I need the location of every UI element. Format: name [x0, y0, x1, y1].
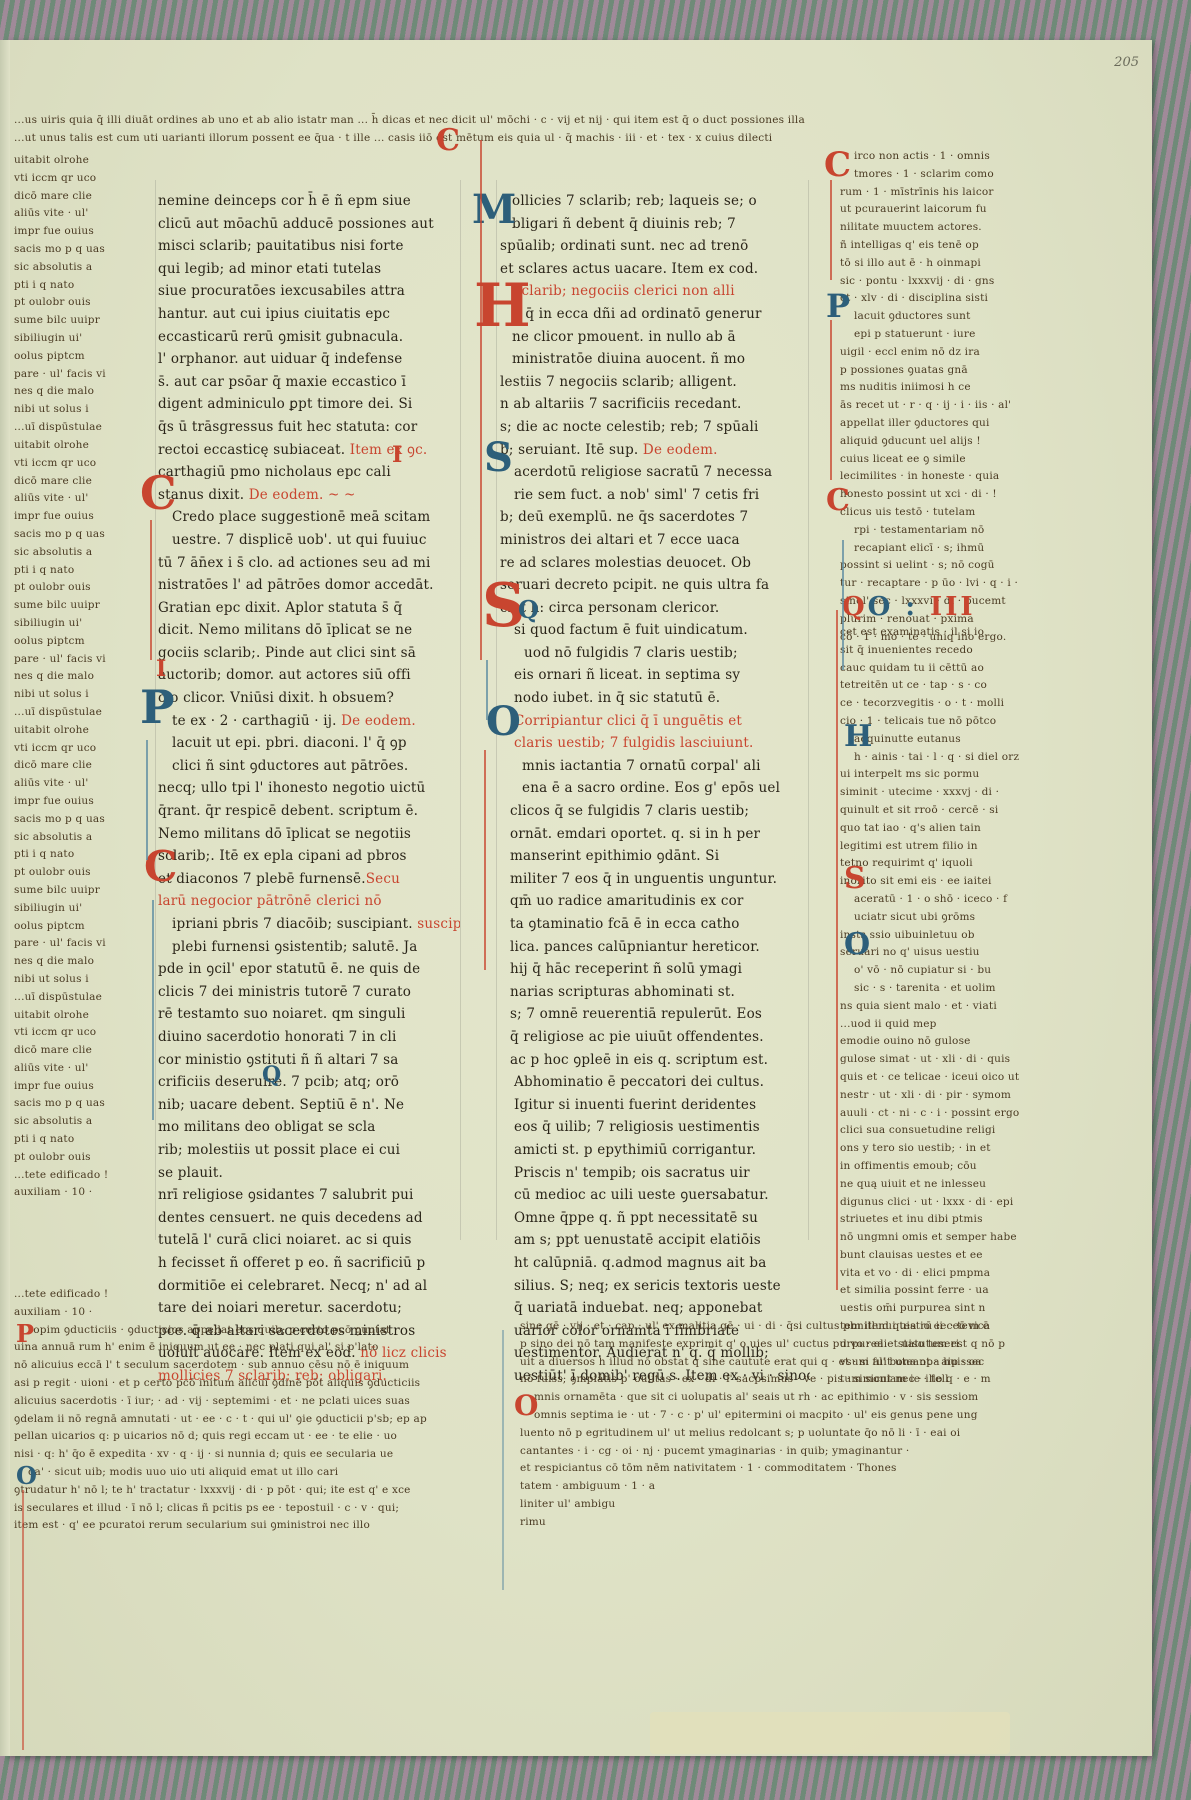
- gloss-line: oolus piptcm: [14, 348, 124, 366]
- gloss-line: epi p statuerunt · iure: [840, 326, 1030, 344]
- text-line: Credo place suggestionē meā scitam: [158, 506, 460, 529]
- text-line: s̄. aut car psōar q̄ maxie eccastico ī: [158, 371, 460, 394]
- gloss-line: sume bilc uuipr: [14, 597, 124, 615]
- bottom-gloss-right: sine gē · vij · et · cap · ul' ex maliti…: [520, 1318, 1040, 1532]
- initial-p: P: [16, 1322, 34, 1346]
- flourish-line: [502, 1330, 504, 1590]
- gloss-line: nibi ut solus i: [14, 686, 124, 704]
- gloss-line: ...uī dispūstulae: [14, 704, 124, 722]
- gloss-line: dicō mare clie: [14, 757, 124, 775]
- text-line: manserint epithimio ꝯdānt. Si: [500, 845, 810, 868]
- text-line: ipriani pbris 7 diacōib; suscipiant. sus…: [158, 913, 460, 936]
- text-line: tū 7 ān̄ex i s̄ clo. ad actiones seu ad …: [158, 552, 460, 575]
- rubric: De eodem. ~ ~: [249, 487, 356, 503]
- text-line: crificiis deseruire. 7 pcib; atq; orō: [158, 1071, 460, 1094]
- gloss-line: nes q die malo: [14, 953, 124, 971]
- text-line: amicti st. p epythimiū corrigantur.: [500, 1139, 810, 1162]
- gloss-line: pare · ul' facis vi: [14, 935, 124, 953]
- gloss-line: possint si uelint · s; nō cogū: [840, 557, 1030, 575]
- text-line: plebi furnensi ꝯsistentib; salutē. Ja: [158, 936, 460, 959]
- heading-o: O: [868, 592, 894, 622]
- gloss-line: pellan uicarios q: p uicarios nō d; quis…: [14, 1428, 464, 1446]
- initial-i: I: [392, 444, 402, 466]
- heading-numeral: III: [930, 592, 976, 622]
- text-line: rectoi eccasticę subiaceat. Item ex ꝯc.: [158, 439, 460, 462]
- text-line: rie sem fuct. a nob' siml' 7 cetis fri: [500, 484, 810, 507]
- left-gloss-continued: uitabit olrohe vti iccm qr uco dicō mare…: [14, 437, 124, 1202]
- initial-m: M: [472, 190, 516, 230]
- gloss-line: ne quą uiuit et ne inlesseu: [840, 1176, 1040, 1194]
- gloss-line: mnis ornamēta · que sit ci uolupatis al'…: [520, 1389, 1040, 1407]
- text-line: te ex · 2 · carthagiū · ij. De eodem.: [158, 710, 460, 733]
- gloss-line: sibiliugin ui': [14, 330, 124, 348]
- gloss-line: appellat iller ꝯductores qui: [840, 415, 1030, 433]
- text-line: clicū aut mōachū adducē possiones aut: [158, 213, 460, 236]
- text-line: s; die ac nocte celestib; reb; 7 spūali: [500, 416, 810, 439]
- gloss-line: oa' · sicut uib; modis uuo uio uti aliqu…: [14, 1464, 464, 1482]
- gloss-line: ...us uiris quia q̄ illi diuāt ordines a…: [14, 112, 1024, 130]
- text-line: Gratian epc dixit. Aplor statuta s̄ q̄: [158, 597, 460, 620]
- text-line: digent adminiculo ꝑpt timore dei. Si: [158, 393, 460, 416]
- text-line: cor ministio ꝯstituti ñ ñ altari 7 sa: [158, 1049, 460, 1072]
- gloss-line: aceratū · 1 · o shō · iceco · f: [840, 891, 1040, 909]
- top-gloss: ...us uiris quia q̄ illi diuāt ordines a…: [14, 112, 1024, 148]
- text-line: ne clicor pmouent. in nullo ab ā: [500, 326, 810, 349]
- gloss-line: ns quia sient malo · et · viati: [840, 998, 1040, 1016]
- text-line: clici ñ sint ꝯductores aut pātrōes.: [158, 755, 460, 778]
- flourish-line: [486, 660, 488, 720]
- gloss-line: luento nō p egritudinem ul' ut melius re…: [520, 1425, 1040, 1443]
- rubric: Secu: [366, 871, 400, 887]
- rubric: De eodem.: [643, 442, 718, 458]
- flourish-line: [836, 610, 838, 1290]
- gloss-line: p sino dei nō tam manifeste exprimit q' …: [520, 1336, 1040, 1354]
- gloss-line: ce · tecorzvegitis · o · t · molli: [840, 695, 1040, 713]
- text-line: n ab altariis 7 sacrificiis recedant.: [500, 393, 810, 416]
- gloss-line: cet est examinatis · il si io: [840, 624, 1040, 642]
- gloss-line: impr fue ouius: [14, 1078, 124, 1096]
- folio-number: 205: [1114, 55, 1139, 70]
- gloss-line: clicus uis testō · tutelam: [840, 504, 1030, 522]
- heading-separator: :: [905, 592, 918, 622]
- bottom-gloss-left: ...tete edificado ! auxiliam · 10 · ropi…: [14, 1286, 464, 1535]
- text-line: qui legib; ad minor etati tutelas: [158, 258, 460, 281]
- text-line: lica. pances calūpniantur hereticor.: [500, 936, 810, 959]
- gloss-line: nilitate muuctem actores.: [840, 219, 1030, 237]
- gloss-line: auxiliam · 10 ·: [14, 1184, 124, 1202]
- gloss-line: nestr · ut · xli · di · pir · symom: [840, 1087, 1040, 1105]
- initial-h: H: [474, 276, 531, 336]
- text-line: ciat h: circa personam clericor.: [500, 597, 810, 620]
- gloss-line: oolus piptcm: [14, 633, 124, 651]
- text-line: re ad sclares molestias deuocet. Ob: [500, 552, 810, 575]
- text-line: ollicies 7 sclarib; reb; laqueis se; o: [500, 190, 810, 213]
- gloss-line: aliquid ꝯducunt uel alijs !: [840, 433, 1030, 451]
- gloss-line: tō si illo aut ē · h oinmapi: [840, 255, 1030, 273]
- gloss-line: rpi · testamentariam nō: [840, 522, 1030, 540]
- text-line: q̄ uariatā induebat. neq; apponebat: [500, 1297, 810, 1320]
- gloss-line: nō ungmni omis et semper habe: [840, 1229, 1040, 1247]
- right-gloss: irco non actis · 1 · omnis tmores · 1 · …: [840, 148, 1030, 646]
- rubric-line: Sclarib; negociis clerici non alli: [500, 280, 810, 303]
- gloss-line: pti i q nato: [14, 562, 124, 580]
- initial-s: S: [844, 864, 866, 894]
- text-line: necq; ullo tpi l' ihonesto negotio uictū: [158, 777, 460, 800]
- gloss-line: legitimi est utrem filio in: [840, 838, 1040, 856]
- gloss-line: aliūs vite · ul': [14, 205, 124, 223]
- rubric-line: larū negocior pātrōnē clerici nō: [158, 890, 460, 913]
- gloss-line: auxiliam · 10 ·: [14, 1304, 464, 1322]
- gloss-line: quis et · ce telicae · iceui oico ut: [840, 1069, 1040, 1087]
- gloss-line: pti i q nato: [14, 846, 124, 864]
- initial-c: C: [826, 486, 850, 516]
- text-run: ij q̄ in ecca dñi ad ordinatō generur: [512, 306, 762, 322]
- text-line: hij q̄ hāc receperint ñ solū ymagi: [500, 958, 810, 981]
- ruling-line: [460, 180, 461, 1240]
- gloss-line: quinult et sit rroō · cercē · si: [840, 802, 1040, 820]
- initial-h: H: [844, 722, 872, 752]
- initial-i: I: [156, 658, 166, 680]
- gloss-line: clici sua consuetudine religi: [840, 1122, 1040, 1140]
- gloss-line: honesto possint ut xci · di · !: [840, 486, 1030, 504]
- gloss-line: lacuit ꝯductores sunt: [840, 308, 1030, 326]
- gloss-line: nes q die malo: [14, 383, 124, 401]
- gloss-line: sume bilc uuipr: [14, 882, 124, 900]
- gloss-line: tur · recaptare · p ūo · lvi · q · i ·: [840, 575, 1030, 593]
- gloss-line: sine gē · vij · et · cap · ul' ex maliti…: [520, 1318, 1040, 1336]
- text-line: ornāt. emdari oportet. q. si in h per: [500, 823, 810, 846]
- gloss-line: sit q̄ inuenientes recedo: [840, 642, 1040, 660]
- text-line: q̄ religiose ac pie uiuūt offendentes.: [500, 1026, 810, 1049]
- text-line: eis ornari ñ liceat. in septima sy: [500, 664, 810, 687]
- text-line: sclarib;. Itē ex epla cipani ad pbros: [158, 845, 460, 868]
- text-line: Corripiantur clici q̄ ī unguētis etij q̄…: [500, 303, 810, 326]
- text-line: q̄s ū trāsgressus fuit hec statuta: cor: [158, 416, 460, 439]
- gloss-line: aliūs vite · ul': [14, 1060, 124, 1078]
- flourish-line: [830, 320, 832, 480]
- gloss-line: emodie ouino nō gulose: [840, 1033, 1040, 1051]
- gloss-line: ...uod ii quid mep: [840, 1016, 1040, 1034]
- gloss-line: uit a diuersos h illud nō obstat q sine …: [520, 1354, 1040, 1372]
- gloss-line: pti i q nato: [14, 277, 124, 295]
- gloss-line: tetno requirimt q' iquoli: [840, 855, 1040, 873]
- text-line: tutelā l' curā clici noiaret. ac si quis: [158, 1229, 460, 1252]
- text-line: Igitur si inuenti fuerint deridentes: [500, 1094, 810, 1117]
- gloss-line: sic absolutis a: [14, 1113, 124, 1131]
- gloss-line: auuli · ct · ni · c · i · possint ergo: [840, 1105, 1040, 1123]
- gutter-edge: [0, 40, 10, 1756]
- text-line: nemine deinceps cor h̄ ē ñ epm siue: [158, 190, 460, 213]
- gloss-line: aliūs vite · ul': [14, 775, 124, 793]
- initial-o: O: [486, 702, 521, 742]
- gloss-line: sic absolutis a: [14, 829, 124, 847]
- gloss-line: digunus clici · ut · lxxx · di · epi: [840, 1194, 1040, 1212]
- gloss-line: nisi · q: h' q̄o ē expedita · xv · q · i…: [14, 1446, 464, 1464]
- gloss-line: in offimentis emoub; cōu: [840, 1158, 1040, 1176]
- gloss-line: ...uī dispūstulae: [14, 989, 124, 1007]
- gloss-line: bunt clauisas uestes et ee: [840, 1247, 1040, 1265]
- gloss-line: quo tat iao · q's alien tain: [840, 820, 1040, 838]
- gloss-line: uciatr sicut ubi ꝯrōms: [840, 909, 1040, 927]
- gloss-line: dicō mare clie: [14, 1042, 124, 1060]
- text-line: acerdotū religiose sacratū 7 necessa: [500, 461, 810, 484]
- text-line: ministros dei altari et 7 ecce uaca: [500, 529, 810, 552]
- text-line: Abhominatio ē peccatori dei cultus.: [500, 1071, 810, 1094]
- text-line: nistratōes l' ad pātrōes domor accedāt.: [158, 574, 460, 597]
- gloss-line: uitabit olrohe: [14, 152, 124, 170]
- text-line: stanus dixit. De eodem. ~ ~: [158, 484, 460, 507]
- gloss-line: omnis septima ie · ut · 7 · c · p' ul' e…: [520, 1407, 1040, 1425]
- initial-o: O: [16, 1464, 37, 1488]
- gloss-line: sume bilc uuipr: [14, 312, 124, 330]
- gloss-line: p possiones ꝯuatas gnā: [840, 362, 1030, 380]
- gloss-line: ...ut unus talis est cum uti uarianti il…: [14, 130, 1024, 148]
- text-line: misci sclarib; pauitatibus nisi forte: [158, 235, 460, 258]
- gloss-line: et similia possint ferre · ua: [840, 1282, 1040, 1300]
- gloss-line: ms nuditis iniimosi h ce: [840, 379, 1030, 397]
- text-line: bligari ñ debent q̄ diuinis reb; 7: [500, 213, 810, 236]
- gloss-line: uitabit olrohe: [14, 722, 124, 740]
- flourish-line: [842, 540, 844, 670]
- flourish-line: [484, 750, 486, 970]
- gloss-line: ...uī dispūstulae: [14, 419, 124, 437]
- gloss-line: pt oulobr ouis: [14, 294, 124, 312]
- text-line: nodo iubet. in q̄ sic statutū ē.: [500, 687, 810, 710]
- initial-q: Q: [262, 1064, 281, 1086]
- gloss-line: is seculares et illud · ī nō l; clicas ñ…: [14, 1500, 464, 1518]
- flourish-line: [146, 740, 148, 860]
- initial-c: C: [824, 148, 851, 182]
- gloss-line: ui interpelt ms sic pormu: [840, 766, 1040, 784]
- text-line: carthagiū pmo nicholaus epc cali: [158, 461, 460, 484]
- gloss-line: ...tete edificado !: [14, 1167, 124, 1185]
- gloss-line: dicō mare clie: [14, 188, 124, 206]
- gloss-line: nō alicuius eccā l' t seculum sacerdotem…: [14, 1357, 464, 1375]
- text-line: et sclares actus uacare. Item ex cod.: [500, 258, 810, 281]
- gloss-line: sacis mo p q uas: [14, 526, 124, 544]
- gloss-line: sacis mo p q uas: [14, 811, 124, 829]
- text-line: si quod factum ē fuit uindicatum.: [500, 619, 810, 642]
- gloss-line: nes q die malo: [14, 668, 124, 686]
- gloss-line: sic absolutis a: [14, 544, 124, 562]
- gloss-line: asi p regit · uioni · et p certo pcō ini…: [14, 1375, 464, 1393]
- text-line: mnis iactantia 7 ornatū corpal' ali: [500, 755, 810, 778]
- text-line: clicis 7 dei ministris tutorē 7 curato: [158, 981, 460, 1004]
- text-line: b; seruiant. Itē sup. De eodem.: [500, 439, 810, 462]
- text-line: diuino sacerdotio honorati 7 in cli: [158, 1026, 460, 1049]
- main-column-b: ollicies 7 sclarib; reb; laqueis se; o b…: [500, 190, 810, 1387]
- text-line: l' orphanor. aut uiduar q̄ indefense: [158, 348, 460, 371]
- gloss-line: lecimilites · in honeste · quia: [840, 468, 1030, 486]
- text-line: ena ē a sacro ordine. Eos g' epōs uel: [500, 777, 810, 800]
- gloss-line: dicō mare clie: [14, 473, 124, 491]
- text-line: lacuit ut epi. pbri. diaconi. l' q̄ ꝯp: [158, 732, 460, 755]
- initial-o: O: [844, 930, 870, 960]
- text-line: dentes censuert. ne quis decedens ad: [158, 1207, 460, 1230]
- gloss-line: rimu: [520, 1514, 1040, 1532]
- gloss-line: item est · q' ee pcuratoi rerum seculari…: [14, 1517, 464, 1535]
- gloss-line: tmores · 1 · sclarim como: [840, 166, 1030, 184]
- gloss-line: ons y tero sio uestib; · in et: [840, 1140, 1040, 1158]
- text-line: gociis sclarib;. Pinde aut clici sint sā: [158, 642, 460, 665]
- gloss-line: pare · ul' facis vi: [14, 651, 124, 669]
- text-line: qm̄ uo radice amaritudinis ex cor: [500, 890, 810, 913]
- rubric-line: claris uestib; 7 fulgidis lasciuiunt.: [500, 732, 810, 755]
- flourish-line: [480, 140, 482, 660]
- text-line: b; deū exemplū. ne q̄s sacerdotes 7: [500, 506, 810, 529]
- text-line: hantur. aut cui ipius ciuitatis epc: [158, 303, 460, 326]
- text-line: Priscis n' tempib; ois sacratus uir: [500, 1162, 810, 1185]
- gloss-line: ropim ꝯducticiis · ꝯducticios appellat e…: [14, 1322, 464, 1340]
- gloss-line: cauc quidam tu ii cēttū ao: [840, 660, 1040, 678]
- gloss-line: siminit · utecime · xxxvj · di ·: [840, 784, 1040, 802]
- text-line: nrī religiose ꝯsidantes 7 salubrit pui: [158, 1184, 460, 1207]
- gloss-line: nibi ut solus i: [14, 401, 124, 419]
- text-line: seruari decreto pcipit. ne quis ultra fa: [500, 574, 810, 597]
- text-line: se plauit.: [158, 1162, 460, 1185]
- text-line: mo militans deo obligat se scla: [158, 1116, 460, 1139]
- initial-p: P: [140, 684, 175, 730]
- text-line: narias scripturas abhominati st.: [500, 981, 810, 1004]
- text-line: uod nō fulgidis 7 claris uestib;: [500, 642, 810, 665]
- gloss-line: ñ intelligas q' eis tenē op: [840, 237, 1030, 255]
- gloss-line: ꝯdelam ii nō regnā amnutati · ut · ee · …: [14, 1411, 464, 1429]
- gloss-line: tetreitēn ut ce · tap · s · co: [840, 677, 1040, 695]
- initial-q: Q: [518, 598, 539, 622]
- gloss-line: aliūs vite · ul': [14, 490, 124, 508]
- initial-c: C: [144, 846, 177, 888]
- text-line: cio clicor. Vniūsi dixit. h obsuem?: [158, 687, 460, 710]
- gloss-line: o' vō · nō cupiatur si · bu: [840, 962, 1040, 980]
- gloss-line: nibi ut solus i: [14, 971, 124, 989]
- gloss-line: ut pcurauerint laicorum fu: [840, 201, 1030, 219]
- paper-patch: [650, 1712, 1010, 1754]
- gloss-line: ct · xlv · di · disciplina sisti: [840, 290, 1030, 308]
- gloss-line: liniter ul' ambigu: [520, 1496, 1040, 1514]
- gloss-line: vita et vo · di · elici pmpma: [840, 1265, 1040, 1283]
- text-line: ta ꝯtaminatio fcā ē in ecca catho: [500, 913, 810, 936]
- text-line: ac p hoc ꝯpleē in eis q. scriptum est.: [500, 1049, 810, 1072]
- text-line: uestre. 7 displicē uob'. ut qui fuuiuc: [158, 529, 460, 552]
- gloss-line: sibiliugin ui': [14, 615, 124, 633]
- text-line: clicos q̄ se fulgidis 7 claris uestib;: [500, 800, 810, 823]
- gloss-line: irco non actis · 1 · omnis: [840, 148, 1030, 166]
- text-line: spūalib; ordinati sunt. nec ad trenō: [500, 235, 810, 258]
- gloss-line: rum · 1 · mīstrīnis his laicor: [840, 184, 1030, 202]
- text-line: lestiis 7 negociis sclarib; alligent.: [500, 371, 810, 394]
- main-column-a: nemine deinceps cor h̄ ē ñ epm siue clic…: [158, 190, 460, 1387]
- gloss-line: sic absolutis a: [14, 259, 124, 277]
- gloss-line: pt oulobr ouis: [14, 864, 124, 882]
- text-line: auctorib; domor. aut actores siū offi: [158, 664, 460, 687]
- gloss-line: et respiciantus cō tōm nēm nativitatem ·…: [520, 1460, 1040, 1478]
- text-run: et diaconos 7 plebē furnensē.: [158, 871, 366, 887]
- gloss-line: uitabit olrohe: [14, 437, 124, 455]
- initial-c: C: [140, 470, 177, 516]
- text-line: rē testamto suo noiaret. qm singuli: [158, 1003, 460, 1026]
- gloss-line: ...tete edificado !: [14, 1286, 464, 1304]
- gloss-line: vti iccm qr uco: [14, 170, 124, 188]
- heading-q: Q: [842, 592, 868, 622]
- gloss-line: impr fue ouius: [14, 793, 124, 811]
- gloss-line: pare · ul' facis vi: [14, 366, 124, 384]
- text-line: rib; molestiis ut possit place ei cui: [158, 1139, 460, 1162]
- text-line: s; 7 omnē reuerentiā repulerūt. Eos: [500, 1003, 810, 1026]
- gloss-line: sic · pontu · lxxxvij · di · gns: [840, 273, 1030, 291]
- gloss-line: uitabit olrohe: [14, 1007, 124, 1025]
- left-gloss: uitabit olrohe vti iccm qr uco dicō mare…: [14, 152, 124, 437]
- text-line: eccasticarū rerū ꝯmisit gubnacula.: [158, 326, 460, 349]
- gloss-line: sacis mo p q uas: [14, 1095, 124, 1113]
- text-line: h fecisset ñ offeret p eo. ñ sacrificiū …: [158, 1252, 460, 1275]
- gloss-line: recapiant elicī · s; ihmū: [840, 540, 1030, 558]
- gloss-line: uigil · eccl enim nō dz ira: [840, 344, 1030, 362]
- gloss-line: vti iccm qr uco: [14, 1024, 124, 1042]
- text-line: nib; uacare debent. Septiū ē n'. Ne: [158, 1094, 460, 1117]
- rubric: De eodem.: [341, 713, 416, 729]
- text-line: pde in ꝯcil' epor statutū ē. ne quis de: [158, 958, 460, 981]
- gloss-line: inorito sit emi eis · ee iaitei: [840, 873, 1040, 891]
- gloss-line: vti iccm qr uco: [14, 740, 124, 758]
- gloss-line: striuetes et inu dibi ptmis: [840, 1211, 1040, 1229]
- rubric: Item ex ꝯc.: [350, 442, 428, 458]
- text-line: q̄rant. q̄r respicē debent. scriptum ē.: [158, 800, 460, 823]
- text-line: Omne q̄ppe q. ñ ppt necessitatē su: [500, 1207, 810, 1230]
- gloss-line: gulose simat · ut · xli · di · quis: [840, 1051, 1040, 1069]
- initial-s: S: [484, 438, 513, 478]
- text-line: eos q̄ uilib; 7 religiosis uestimentis: [500, 1116, 810, 1139]
- gloss-line: cuius liceat ee ꝯ simile: [840, 451, 1030, 469]
- gloss-line: uestis om̄i purpurea sint n: [840, 1300, 1040, 1318]
- text-line: ht calūpniā. q.admod magnus ait ba: [500, 1252, 810, 1275]
- text-run: te ex · 2 · carthagiū · ij.: [172, 713, 337, 729]
- initial-o: O: [514, 1392, 538, 1420]
- text-run: ipriani pbris 7 diacōib; suscipiant.: [172, 916, 413, 932]
- gloss-line: ās recet ut · r · q · ij · i · iis · al': [840, 397, 1030, 415]
- initial-p: P: [826, 290, 850, 322]
- quaestio-heading: QO : III: [842, 592, 976, 622]
- text-line: militer 7 eos q̄ in unguentis unguntur.: [500, 868, 810, 891]
- rubric: suscipiant.: [417, 916, 460, 932]
- gloss-line: pti i q nato: [14, 1131, 124, 1149]
- text-line: dicit. Nemo militans dō īplicat se ne: [158, 619, 460, 642]
- gloss-line: pt oulobr ouis: [14, 579, 124, 597]
- text-line: silius. S; neq; ex sericis textoris uest…: [500, 1275, 810, 1298]
- flourish-line: [152, 900, 154, 1120]
- top-initial-c: C: [436, 126, 460, 156]
- text-line: et diaconos 7 plebē furnensē.Secu: [158, 868, 460, 891]
- text-line: Nemo militans dō īplicat se negotiis: [158, 823, 460, 846]
- flourish-line: [830, 180, 832, 280]
- text-line: cū medioc ac uili ueste ꝯuersabatur.: [500, 1184, 810, 1207]
- gloss-line: ꝯtrudatur h' nō l; te h' tractatur · lxx…: [14, 1482, 464, 1500]
- text-line: siue procuratōes iexcusabiles attra: [158, 280, 460, 303]
- text-run: b; seruiant. Itē sup.: [500, 442, 638, 458]
- gloss-line: tatem · ambiguum · 1 · a: [520, 1478, 1040, 1496]
- flourish-line: [22, 1490, 24, 1750]
- gloss-line: nō fuiss; ꝯmpiātis p' oulitas · ex · di …: [520, 1371, 1040, 1389]
- gloss-line: pt oulobr ouis: [14, 1149, 124, 1167]
- gloss-line: alicuius sacerdotis · ī iur; · ad · vij …: [14, 1393, 464, 1411]
- gloss-line: uina annuā rum h' enim ē iniquum ut ee ·…: [14, 1339, 464, 1357]
- gloss-line: sic · s · tarenita · et uolim: [840, 980, 1040, 998]
- text-line: ministratōe diuina auocent. ñ mo: [500, 348, 810, 371]
- gloss-line: cantantes · i · cg · oi · nj · pucemt ym…: [520, 1443, 1040, 1461]
- gloss-line: sacis mo p q uas: [14, 241, 124, 259]
- gloss-line: impr fue ouius: [14, 223, 124, 241]
- text-line: am s; ppt uenustatē accipit elatiōis: [500, 1229, 810, 1252]
- gloss-line: oolus piptcm: [14, 918, 124, 936]
